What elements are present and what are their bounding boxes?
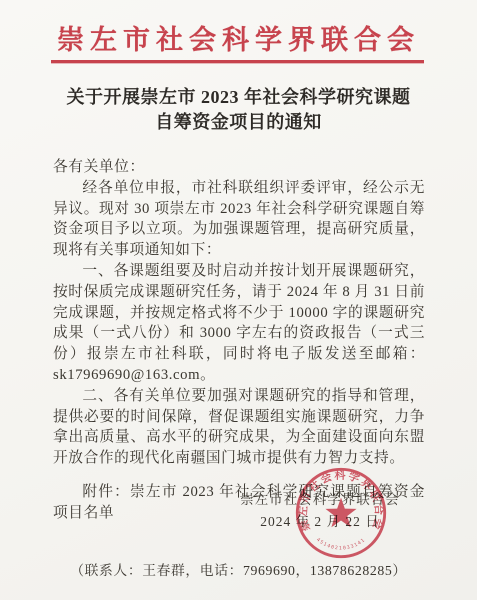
paragraph-intro: 经各单位申报，市社科联组织评委评审，经公示无异议。现对 30 项崇左市 2023… — [53, 178, 425, 261]
paragraph-item-1: 一、各课题组要及时启动并按计划开展课题研究，按时保质完成课题研究任务，请于 20… — [53, 261, 425, 386]
seal-code-text: 4514021033141 — [315, 537, 367, 552]
issuing-org-header: 崇左市社会科学界联合会 — [0, 18, 477, 57]
official-seal: 崇左市社会科学界联合会 4514021033141 — [293, 465, 389, 561]
document-title-line2: 自筹资金项目的通知 — [155, 112, 322, 132]
header-divider-rule — [51, 60, 424, 63]
paragraph-item-2: 二、各有关单位要加强对课题研究的指导和管理，提供必要的时间保障，督促课题组实施课… — [53, 386, 425, 469]
scanned-notice-page: 崇左市社会科学界联合会 关于开展崇左市 2023 年社会科学研究课题 自筹资金项… — [0, 0, 477, 600]
seal-star-icon — [325, 498, 356, 528]
document-title: 关于开展崇左市 2023 年社会科学研究课题 自筹资金项目的通知 — [38, 85, 439, 135]
contact-line: （联系人：王春群，电话：7969690，13878628285） — [0, 559, 477, 579]
document-title-line1: 关于开展崇左市 2023 年社会科学研究课题 — [67, 87, 411, 107]
salutation: 各有关单位： — [53, 157, 425, 178]
